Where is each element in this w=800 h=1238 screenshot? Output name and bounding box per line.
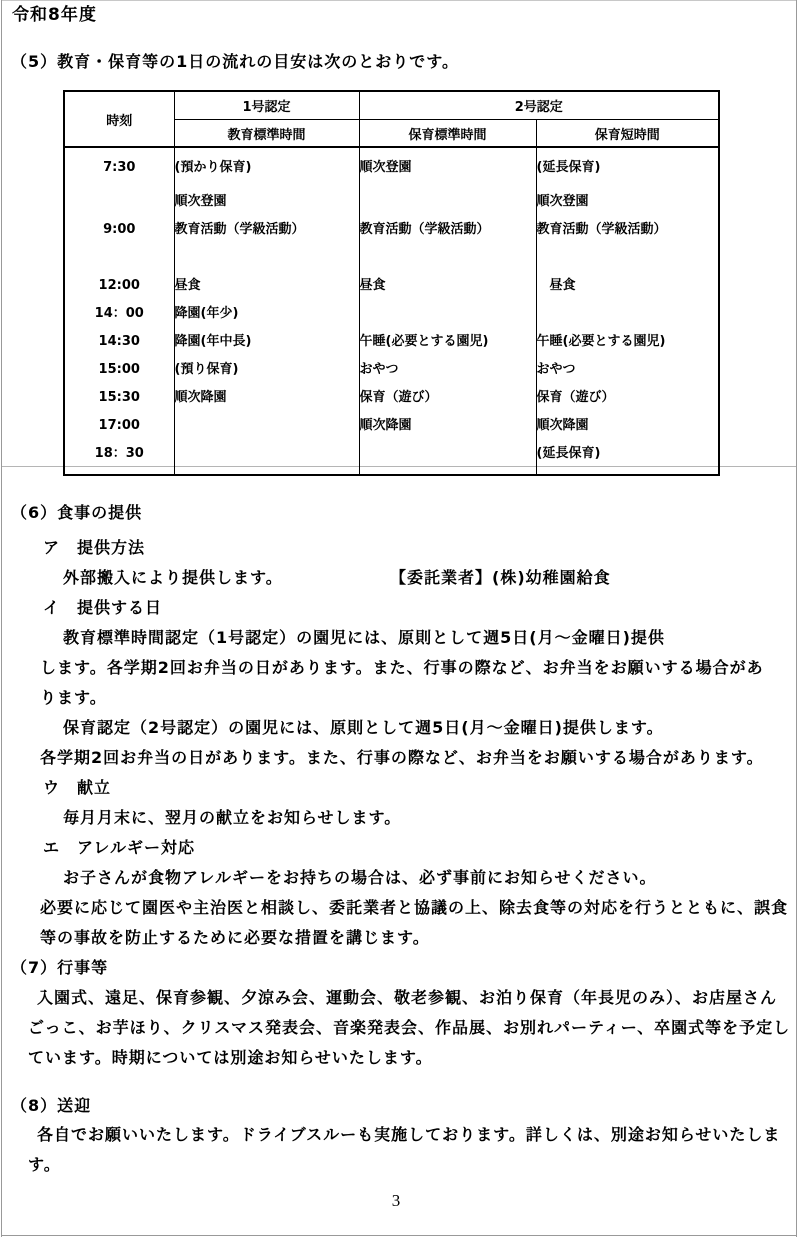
schedule-time-cell: 17:00 — [64, 412, 174, 440]
cert2-column-header: 2号認定 — [359, 91, 719, 120]
schedule-activity-cell: 教育活動（学級活動） — [359, 216, 536, 244]
schedule-activity-cell — [359, 300, 536, 328]
schedule-time-cell: 7:30 — [64, 147, 174, 188]
schedule-activity-cell: 順次登園 — [359, 147, 536, 188]
page-edge-line-bottom — [1, 1235, 797, 1236]
schedule-time-cell: 14:30 — [64, 328, 174, 356]
schedule-activity-cell — [536, 300, 719, 328]
section8-body: 各自でお願いいたします。ドライブスルーも実施しております。詳しくは、別途お知らせ… — [0, 1120, 800, 1180]
time-column-header: 時刻 — [64, 91, 174, 147]
schedule-activity-cell — [174, 440, 359, 475]
paragraph-line: す。 — [0, 1150, 800, 1180]
schedule-table-body: 7:30(預かり保育)順次登園(延長保育)順次登園順次登園9:00教育活動（学級… — [64, 147, 719, 475]
fiscal-year-label: 令和8年度 — [12, 0, 800, 30]
section6-body: ア 提供方法 外部搬入により提供します。【委託業者】(株)幼稚園給食 イ 提供す… — [0, 533, 800, 953]
schedule-activity-cell: (預かり保育) — [174, 147, 359, 188]
schedule-row: 12:00昼食昼食 昼食 — [64, 272, 719, 300]
paragraph-line: 教育標準時間認定（1号認定）の園児には、原則として週5日(月～金曜日)提供 — [0, 623, 800, 653]
schedule-header-row-1: 時刻 1号認定 2号認定 — [64, 91, 719, 120]
vendor-label: 【委託業者】(株)幼稚園給食 — [390, 563, 611, 593]
schedule-activity-cell — [174, 244, 359, 272]
schedule-row: 15:00(預り保育)おやつおやつ — [64, 356, 719, 384]
item-i-label: イ 提供する日 — [0, 593, 800, 623]
schedule-activity-cell: おやつ — [359, 356, 536, 384]
schedule-activity-cell — [536, 244, 719, 272]
schedule-activity-cell: 昼食 — [359, 272, 536, 300]
schedule-time-cell — [64, 244, 174, 272]
section7-heading: （7）行事等 — [11, 953, 800, 983]
schedule-activity-cell: おやつ — [536, 356, 719, 384]
schedule-activity-cell: 教育活動（学級活動） — [174, 216, 359, 244]
schedule-activity-cell: (預り保育) — [174, 356, 359, 384]
schedule-activity-cell: 昼食 — [174, 272, 359, 300]
paragraph-line: 各学期2回お弁当の日があります。また、行事の際など、お弁当をお願いする場合があり… — [0, 743, 800, 773]
item-a-label: ア 提供方法 — [0, 533, 800, 563]
schedule-row: 15:30順次降園保育（遊び）保育（遊び） — [64, 384, 719, 412]
schedule-activity-cell: 順次降園 — [536, 412, 719, 440]
schedule-activity-cell: 昼食 — [536, 272, 719, 300]
schedule-activity-cell: 降園(年中長) — [174, 328, 359, 356]
schedule-activity-cell: 降園(年少) — [174, 300, 359, 328]
care-short-hours-header: 保育短時間 — [536, 120, 719, 148]
paragraph-line: 各自でお願いいたします。ドライブスルーも実施しております。詳しくは、別途お知らせ… — [0, 1120, 800, 1150]
schedule-row: 14:30降園(年中長)午睡(必要とする園児)午睡(必要とする園児) — [64, 328, 719, 356]
schedule-time-cell — [64, 188, 174, 216]
care-standard-hours-header: 保育標準時間 — [359, 120, 536, 148]
cert1-column-header: 1号認定 — [174, 91, 359, 120]
schedule-activity-cell — [174, 412, 359, 440]
schedule-row: 18：30(延長保育) — [64, 440, 719, 475]
schedule-activity-cell: 順次降園 — [359, 412, 536, 440]
schedule-time-cell: 12:00 — [64, 272, 174, 300]
schedule-table-header: 時刻 1号認定 2号認定 教育標準時間 保育標準時間 保育短時間 — [64, 91, 719, 147]
section5-heading: （5）教育・保育等の1日の流れの目安は次のとおりです。 — [11, 47, 800, 77]
schedule-row: 9:00教育活動（学級活動）教育活動（学級活動）教育活動（学級活動） — [64, 216, 719, 244]
schedule-activity-cell: 順次登園 — [536, 188, 719, 216]
paragraph-line: します。各学期2回お弁当の日があります。また、行事の際など、お弁当をお願いする場… — [0, 653, 800, 683]
schedule-row: 17:00順次降園順次降園 — [64, 412, 719, 440]
paragraph-line: 保育認定（2号認定）の園児には、原則として週5日(月～金曜日)提供します。 — [0, 713, 800, 743]
schedule-row: 7:30(預かり保育)順次登園(延長保育) — [64, 147, 719, 188]
section6-heading: （6）食事の提供 — [11, 498, 800, 528]
item-u-label: ウ 献立 — [0, 773, 800, 803]
schedule-activity-cell: 保育（遊び） — [536, 384, 719, 412]
page-number: 3 — [0, 1186, 792, 1216]
section8-heading: （8）送迎 — [11, 1091, 800, 1121]
schedule-row: 順次登園順次登園 — [64, 188, 719, 216]
schedule-activity-cell: (延長保育) — [536, 147, 719, 188]
schedule-row: 14：00降園(年少) — [64, 300, 719, 328]
schedule-activity-cell — [359, 440, 536, 475]
schedule-activity-cell: 午睡(必要とする園児) — [359, 328, 536, 356]
section7-body: 入園式、遠足、保育参観、夕涼み会、運動会、敬老参観、お泊り保育（年長児のみ）、お… — [0, 983, 800, 1073]
schedule-time-cell: 15:30 — [64, 384, 174, 412]
schedule-time-cell: 15:00 — [64, 356, 174, 384]
schedule-time-cell: 18：30 — [64, 440, 174, 475]
paragraph-line: 等の事故を防止するために必要な措置を講じます。 — [0, 923, 800, 953]
paragraph-line: 入園式、遠足、保育参観、夕涼み会、運動会、敬老参観、お泊り保育（年長児のみ）、お… — [0, 983, 800, 1013]
daily-schedule-table: 時刻 1号認定 2号認定 教育標準時間 保育標準時間 保育短時間 7:30(預か… — [63, 90, 720, 476]
edu-standard-hours-header: 教育標準時間 — [174, 120, 359, 148]
schedule-activity-cell: 順次登園 — [174, 188, 359, 216]
paragraph-line: ごっこ、お芋ほり、クリスマス発表会、音楽発表会、作品展、お別れパーティー、卒園式… — [0, 1013, 800, 1043]
schedule-activity-cell: (延長保育) — [536, 440, 719, 475]
paragraph-line: お子さんが食物アレルギーをお持ちの場合は、必ず事前にお知らせください。 — [0, 863, 800, 893]
schedule-activity-cell — [359, 188, 536, 216]
document-page: 令和8年度 （5）教育・保育等の1日の流れの目安は次のとおりです。 時刻 1号認… — [0, 0, 800, 1238]
item-a-line: 外部搬入により提供します。【委託業者】(株)幼稚園給食 — [0, 563, 800, 593]
schedule-activity-cell — [359, 244, 536, 272]
item-e-label: エ アレルギー対応 — [0, 833, 800, 863]
schedule-activity-cell: 午睡(必要とする園児) — [536, 328, 719, 356]
paragraph-line: ります。 — [0, 683, 800, 713]
schedule-activity-cell: 教育活動（学級活動） — [536, 216, 719, 244]
schedule-time-cell: 9:00 — [64, 216, 174, 244]
paragraph-line: ています。時期については別途お知らせいたします。 — [0, 1043, 800, 1073]
paragraph-line: 毎月月末に、翌月の献立をお知らせします。 — [0, 803, 800, 833]
schedule-activity-cell: 順次降園 — [174, 384, 359, 412]
schedule-row — [64, 244, 719, 272]
schedule-time-cell: 14：00 — [64, 300, 174, 328]
item-a-text: 外部搬入により提供します。 — [63, 568, 283, 587]
schedule-activity-cell: 保育（遊び） — [359, 384, 536, 412]
paragraph-line: 必要に応じて園医や主治医と相談し、委託業者と協議の上、除去食等の対応を行うととも… — [0, 893, 800, 923]
